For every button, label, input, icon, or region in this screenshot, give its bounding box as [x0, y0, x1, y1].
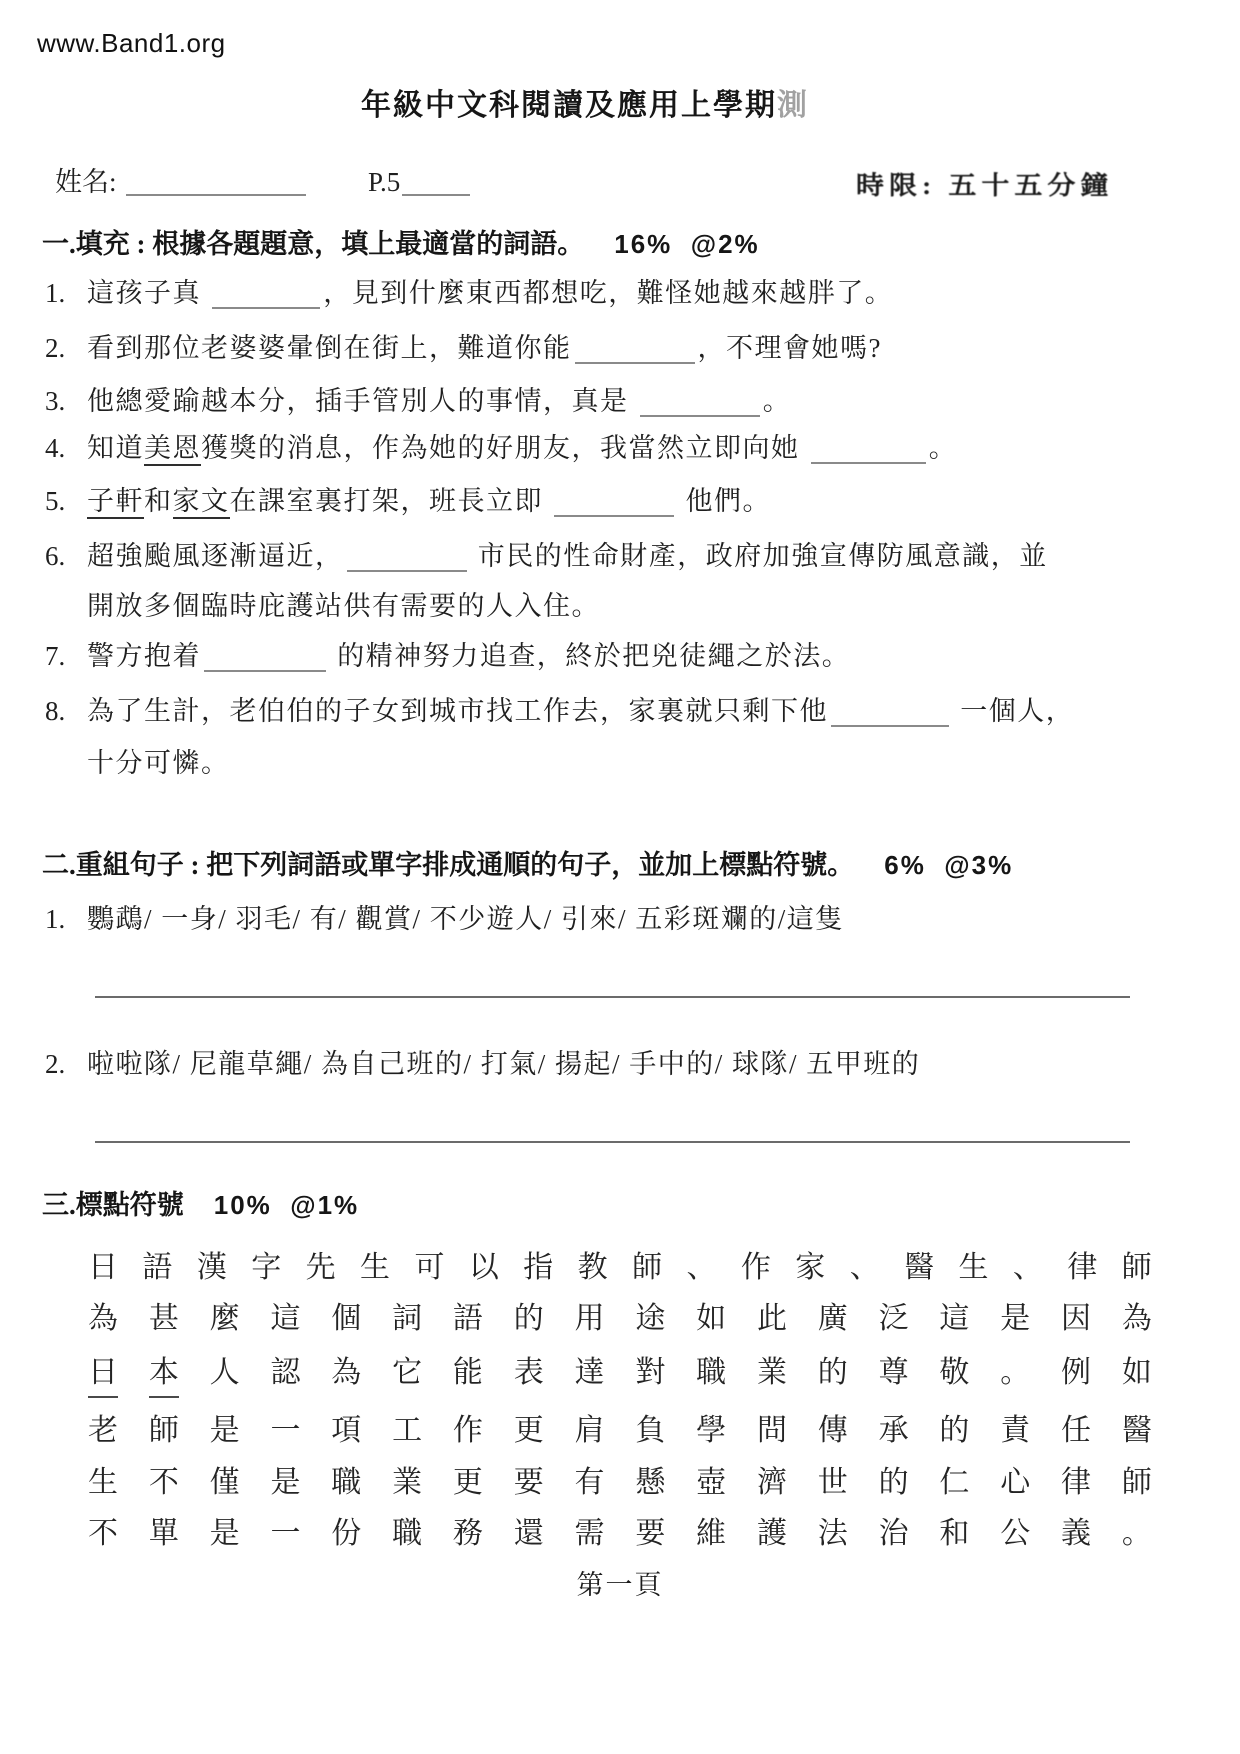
- grid-char: 僅: [210, 1457, 240, 1501]
- grid-char: 這: [270, 1293, 300, 1337]
- question-number: 2.: [45, 332, 87, 364]
- grid-char: 詞: [392, 1293, 422, 1337]
- grid-char: 此: [757, 1293, 787, 1337]
- grid-char: 師: [1122, 1457, 1152, 1501]
- grid-char: 傳: [818, 1405, 848, 1449]
- fill-in-question-line: 6.超強颱風逐漸逼近， 市民的性命財產，政府加強宣傳防風意識，並: [45, 540, 1210, 572]
- grid-char: 用: [575, 1293, 605, 1337]
- question-number: 2.: [45, 1048, 87, 1080]
- grid-char: 的: [818, 1347, 848, 1398]
- question-number: 6.: [45, 540, 87, 572]
- grid-char: 份: [331, 1508, 361, 1552]
- grid-char: 的: [879, 1457, 909, 1501]
- grid-char: 語: [142, 1242, 172, 1286]
- grid-char-underlined: 日: [88, 1347, 118, 1398]
- grid-char: 公: [1000, 1508, 1030, 1552]
- section2-heading: 二.重組句子 : 把下列詞語或單字排成通順的句子，並加上標點符號。6% @3%: [42, 843, 1210, 882]
- grid-char: 敬: [939, 1347, 969, 1398]
- question-text: 和: [144, 486, 173, 516]
- question-number: 7.: [45, 640, 87, 672]
- punctuation-grid-row: 日本人認為它能表達對職業的尊敬。例如: [88, 1347, 1152, 1398]
- grid-char: 律: [1067, 1242, 1097, 1286]
- question-content: 超強颱風逐漸逼近， 市民的性命財產，政府加強宣傳防風意識，並: [87, 540, 1048, 572]
- page-title: 年級中文科閱讀及應用上學期測: [0, 80, 1170, 124]
- grid-char: 途: [635, 1293, 665, 1337]
- grid-char: 是: [210, 1508, 240, 1552]
- grid-char: 生: [959, 1242, 989, 1286]
- question-content: 他總愛踰越本分，插手管別人的事情，真是 。: [87, 385, 791, 417]
- grid-char: 表: [514, 1347, 544, 1398]
- title-text: 年級中文科閱讀及應用上學期: [361, 89, 777, 122]
- grid-char: 有: [575, 1457, 605, 1501]
- grid-char: 。: [1122, 1508, 1152, 1552]
- grid-char: 如: [1122, 1347, 1152, 1398]
- answer-writing-line-2[interactable]: [95, 1141, 1130, 1143]
- grid-char: 可: [414, 1242, 444, 1286]
- grid-char-underlined: 本: [149, 1347, 179, 1398]
- grid-char: 要: [635, 1508, 665, 1552]
- grid-char: 義: [1061, 1508, 1091, 1552]
- section3-marks: 10% @1%: [214, 1190, 359, 1220]
- answer-blank[interactable]: [640, 395, 760, 417]
- grid-char: 老: [88, 1405, 118, 1449]
- grid-char: 以: [469, 1242, 499, 1286]
- fill-in-question-line: 3.他總愛踰越本分，插手管別人的事情，真是 。: [45, 385, 1210, 417]
- question-content: 警方抱着 的精神努力追查，終於把兇徒繩之於法。: [87, 640, 850, 672]
- section1-heading-text: 一.填充 : 根據各題題意，填上最適當的詞語。: [42, 229, 584, 259]
- question-text: 啦啦隊/ 尼龍草繩/ 為自己班的/ 打氣/ 揚起/ 手中的/ 球隊/ 五甲班的: [87, 1049, 920, 1079]
- question-text: 警方抱着: [87, 641, 201, 671]
- grid-char: 更: [514, 1405, 544, 1449]
- question-content: 鸚鵡/ 一身/ 羽毛/ 有/ 觀賞/ 不少遊人/ 引來/ 五彩斑斕的/這隻: [87, 903, 844, 935]
- question-content: 十分可憐。: [87, 747, 230, 779]
- grid-char: 教: [578, 1242, 608, 1286]
- grid-char: 肩: [575, 1405, 605, 1449]
- class-input-blank[interactable]: [402, 174, 470, 196]
- section1-heading: 一.填充 : 根據各題題意，填上最適當的詞語。16% @2%: [42, 222, 1210, 261]
- grid-char: 世: [818, 1457, 848, 1501]
- name-input-blank[interactable]: [126, 174, 306, 196]
- grid-char: 指: [523, 1242, 553, 1286]
- grid-char: 語: [453, 1293, 483, 1337]
- grid-char: 尊: [879, 1347, 909, 1398]
- question-content: 子軒和家文在課室裏打架，班長立即 他們。: [87, 485, 771, 517]
- grid-char: 心: [1000, 1457, 1030, 1501]
- grid-char: 對: [635, 1347, 665, 1398]
- grid-char: 師: [632, 1242, 662, 1286]
- grid-char: 泛: [879, 1293, 909, 1337]
- section2-marks: 6% @3%: [884, 850, 1013, 880]
- question-text: 他們。: [677, 486, 771, 516]
- grid-char: 承: [879, 1405, 909, 1449]
- grid-char: 的: [939, 1405, 969, 1449]
- grid-char: 醫: [904, 1242, 934, 1286]
- question-number: 5.: [45, 485, 87, 517]
- grid-char: 師: [149, 1405, 179, 1449]
- grid-char: 法: [818, 1508, 848, 1552]
- grid-char: 負: [635, 1405, 665, 1449]
- grid-char: 務: [453, 1508, 483, 1552]
- time-limit-label: 時限: 五十五分鐘: [856, 166, 1216, 203]
- grid-char: 作: [741, 1242, 771, 1286]
- question-text: 超強颱風逐漸逼近，: [87, 541, 344, 571]
- punctuation-grid-row: 生不僅是職業更要有懸壺濟世的仁心律師: [88, 1457, 1152, 1501]
- grid-char: 、: [1013, 1242, 1043, 1286]
- grid-char: 如: [696, 1293, 726, 1337]
- reorder-question-line: 1.鸚鵡/ 一身/ 羽毛/ 有/ 觀賞/ 不少遊人/ 引來/ 五彩斑斕的/這隻: [45, 903, 1210, 935]
- grid-char: 生: [88, 1457, 118, 1501]
- grid-char: 人: [210, 1347, 240, 1398]
- fill-in-question-line: 開放多個臨時庇護站供有需要的人入住。: [45, 590, 1210, 622]
- grid-char: 麼: [210, 1293, 240, 1337]
- fill-in-question-line: 1.這孩子真 ，見到什麼東西都想吃，難怪她越來越胖了。: [45, 277, 1210, 309]
- grid-char: 學: [696, 1405, 726, 1449]
- answer-blank[interactable]: [347, 550, 467, 572]
- grid-char: 是: [270, 1457, 300, 1501]
- grid-char: 和: [939, 1508, 969, 1552]
- section3-heading-text: 三.標點符號: [42, 1190, 184, 1220]
- grid-char: 責: [1000, 1405, 1030, 1449]
- punctuation-grid-row: 老師是一項工作更肩負學問傳承的責任醫: [88, 1405, 1152, 1449]
- name-row: 姓名: P.5: [55, 160, 473, 199]
- grid-char: 作: [453, 1405, 483, 1449]
- grid-char: 字: [251, 1242, 281, 1286]
- question-number: 4.: [45, 432, 87, 464]
- grid-char: 工: [392, 1405, 422, 1449]
- grid-char: 壺: [696, 1457, 726, 1501]
- grid-char: 任: [1061, 1405, 1091, 1449]
- grid-char: 生: [360, 1242, 390, 1286]
- answer-blank[interactable]: [831, 705, 949, 727]
- fill-in-question-line: 4.知道美恩獲獎的消息，作為她的好朋友，我當然立即向她 。: [45, 432, 1210, 464]
- question-text: 十分可憐。: [87, 748, 230, 778]
- grid-char: 的: [514, 1293, 544, 1337]
- grid-char: 為: [1122, 1293, 1152, 1337]
- answer-writing-line-1[interactable]: [95, 996, 1130, 998]
- grid-char: 項: [331, 1405, 361, 1449]
- grid-char: 因: [1061, 1293, 1091, 1337]
- grid-char: 它: [392, 1347, 422, 1398]
- grid-char: 職: [331, 1457, 361, 1501]
- grid-char: 是: [1000, 1293, 1030, 1337]
- question-text: 他總愛踰越本分，插手管別人的事情，真是: [87, 386, 637, 416]
- grid-char: 例: [1061, 1347, 1091, 1398]
- exam-paper-page: www.Band1.org 年級中文科閱讀及應用上學期測 姓名: P.5 時限:…: [0, 0, 1240, 1754]
- proper-noun-underlined: 家文: [173, 486, 230, 519]
- punctuation-grid-row: 不單是一份職務還需要維護法治和公義。: [88, 1508, 1152, 1552]
- section1-marks: 16% @2%: [614, 229, 759, 259]
- question-text: 。: [929, 433, 958, 463]
- grid-char: 問: [757, 1405, 787, 1449]
- punctuation-grid-row: 日語漢字先生可以指教師、作家、醫生、律師: [88, 1242, 1152, 1286]
- question-content: 啦啦隊/ 尼龍草繩/ 為自己班的/ 打氣/ 揚起/ 手中的/ 球隊/ 五甲班的: [87, 1048, 920, 1080]
- question-text: ，見到什麼東西都想吃，難怪她越來越胖了。: [323, 278, 893, 308]
- grid-char: 師: [1122, 1242, 1152, 1286]
- question-content: 這孩子真 ，見到什麼東西都想吃，難怪她越來越胖了。: [87, 277, 893, 309]
- grid-char: 、: [850, 1242, 880, 1286]
- grid-char: 仁: [939, 1457, 969, 1501]
- fill-in-question-line: 十分可憐。: [45, 747, 1210, 779]
- grid-char: 廣: [818, 1293, 848, 1337]
- answer-blank[interactable]: [811, 442, 926, 464]
- grid-char: 是: [210, 1405, 240, 1449]
- question-text: ，不理會她嗎?: [698, 333, 882, 363]
- question-number: 1.: [45, 277, 87, 309]
- grid-char: 為: [331, 1347, 361, 1398]
- question-text: 為了生計，老伯伯的子女到城市找工作去，家裏就只剩下他: [87, 696, 828, 726]
- question-text: 在課室裏打架，班長立即: [230, 486, 552, 516]
- grid-char: 、: [686, 1242, 716, 1286]
- grid-char: 業: [392, 1457, 422, 1501]
- grid-char: 要: [514, 1457, 544, 1501]
- question-number: 1.: [45, 903, 87, 935]
- grid-char: 一: [270, 1508, 300, 1552]
- answer-blank[interactable]: [212, 287, 320, 309]
- grid-char: 醫: [1122, 1405, 1152, 1449]
- grid-char: 更: [453, 1457, 483, 1501]
- grid-char: 職: [696, 1347, 726, 1398]
- question-text: 鸚鵡/ 一身/ 羽毛/ 有/ 觀賞/ 不少遊人/ 引來/ 五彩斑斕的/這隻: [87, 904, 844, 934]
- fill-in-question-line: 2.看到那位老婆婆暈倒在街上，難道你能，不理會她嗎?: [45, 332, 1210, 364]
- answer-blank[interactable]: [575, 342, 695, 364]
- grid-char: 個: [331, 1293, 361, 1337]
- question-text: 。: [763, 386, 792, 416]
- proper-noun-underlined: 美恩: [144, 433, 201, 466]
- grid-char: 職: [392, 1508, 422, 1552]
- fill-in-question-line: 7.警方抱着 的精神努力追查，終於把兇徒繩之於法。: [45, 640, 1210, 672]
- answer-blank[interactable]: [204, 650, 326, 672]
- question-text: 一個人，: [952, 696, 1074, 726]
- grid-char: 懸: [635, 1457, 665, 1501]
- grid-char: 漢: [197, 1242, 227, 1286]
- grid-char: 甚: [149, 1293, 179, 1337]
- grid-char: 為: [88, 1293, 118, 1337]
- grid-char: 業: [757, 1347, 787, 1398]
- question-content: 為了生計，老伯伯的子女到城市找工作去，家裏就只剩下他 一個人，: [87, 695, 1074, 727]
- page-number: 第一頁: [0, 1563, 1240, 1602]
- question-text: 看到那位老婆婆暈倒在街上，難道你能: [87, 333, 572, 363]
- grid-char: 律: [1061, 1457, 1091, 1501]
- grid-char: 治: [879, 1508, 909, 1552]
- question-text: 知道: [87, 433, 144, 463]
- grid-char: 需: [575, 1508, 605, 1552]
- grid-char: 濟: [757, 1457, 787, 1501]
- grid-char: 這: [939, 1293, 969, 1337]
- name-label: 姓名:: [55, 167, 117, 197]
- grid-char: 能: [453, 1347, 483, 1398]
- grid-char: 單: [149, 1508, 179, 1552]
- question-content: 看到那位老婆婆暈倒在街上，難道你能，不理會她嗎?: [87, 332, 882, 364]
- reorder-question-line: 2.啦啦隊/ 尼龍草繩/ 為自己班的/ 打氣/ 揚起/ 手中的/ 球隊/ 五甲班…: [45, 1048, 1210, 1080]
- question-number: 3.: [45, 385, 87, 417]
- question-text: 的精神努力追查，終於把兇徒繩之於法。: [329, 641, 850, 671]
- grid-char: 。: [1000, 1347, 1030, 1398]
- grid-char: 不: [88, 1508, 118, 1552]
- grid-char: 一: [270, 1405, 300, 1449]
- answer-blank[interactable]: [554, 495, 674, 517]
- site-watermark: www.Band1.org: [37, 28, 226, 59]
- question-number: 8.: [45, 695, 87, 727]
- grid-char: 先: [306, 1242, 336, 1286]
- grid-char: 達: [575, 1347, 605, 1398]
- question-text: 開放多個臨時庇護站供有需要的人入住。: [87, 591, 600, 621]
- proper-noun-underlined: 子軒: [87, 486, 144, 519]
- grid-char: 還: [514, 1508, 544, 1552]
- grid-char: 日: [88, 1242, 118, 1286]
- question-content: 知道美恩獲獎的消息，作為她的好朋友，我當然立即向她 。: [87, 432, 957, 464]
- title-faded-char: 測: [777, 89, 809, 122]
- grid-char: 家: [795, 1242, 825, 1286]
- grid-char: 認: [270, 1347, 300, 1398]
- punctuation-grid-row: 為甚麼這個詞語的用途如此廣泛這是因為: [88, 1293, 1152, 1337]
- fill-in-question-line: 8.為了生計，老伯伯的子女到城市找工作去，家裏就只剩下他 一個人，: [45, 695, 1210, 727]
- fill-in-question-line: 5.子軒和家文在課室裏打架，班長立即 他們。: [45, 485, 1210, 517]
- question-text: 這孩子真: [87, 278, 209, 308]
- section2-heading-text: 二.重組句子 : 把下列詞語或單字排成通順的句子，並加上標點符號。: [42, 850, 854, 880]
- grid-char: 維: [696, 1508, 726, 1552]
- class-label: P.5: [368, 167, 400, 197]
- grid-char: 護: [757, 1508, 787, 1552]
- grid-char: 不: [149, 1457, 179, 1501]
- question-content: 開放多個臨時庇護站供有需要的人入住。: [87, 590, 600, 622]
- question-text: 獲獎的消息，作為她的好朋友，我當然立即向她: [201, 433, 808, 463]
- question-text: 市民的性命財產，政府加強宣傳防風意識，並: [470, 541, 1048, 571]
- section3-heading: 三.標點符號10% @1%: [42, 1183, 1210, 1222]
